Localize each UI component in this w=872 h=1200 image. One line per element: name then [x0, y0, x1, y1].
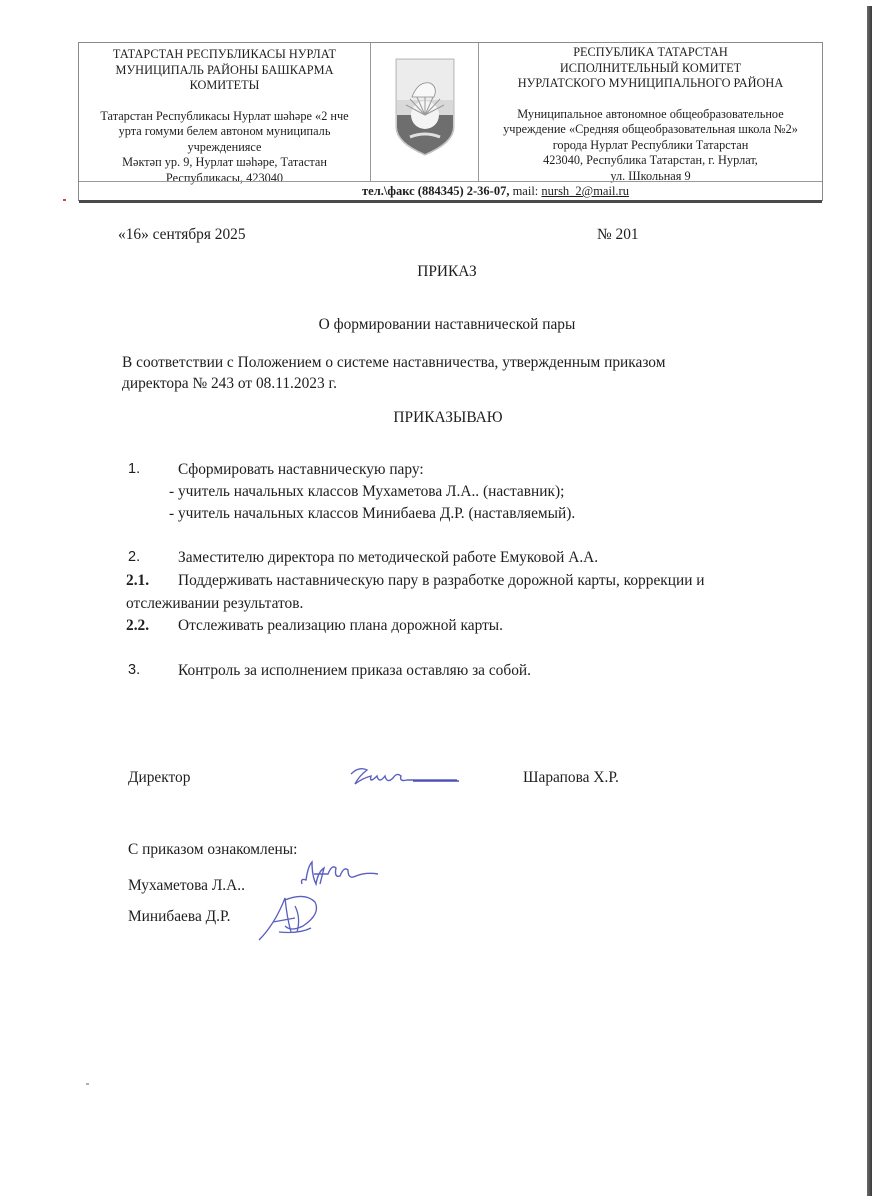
tatar-school-line: Татарстан Республикасы Нурлат шәһәре «2 …	[79, 109, 370, 125]
tatar-org-line: МУНИЦИПАЛЬ РАЙОНЫ БАШКАРМА	[79, 63, 370, 79]
item-text: Поддерживать наставническую пару в разра…	[178, 571, 705, 590]
scan-speck	[86, 1083, 89, 1085]
tatar-school-line: Мәктәп ур. 9, Нурлат шәһәре, Татастан	[79, 155, 370, 171]
pair-member-mentor: - учитель начальных классов Мухаметова Л…	[169, 482, 564, 501]
russian-school-line: города Нурлат Республики Татарстан	[479, 138, 822, 154]
signatory-position: Директор	[128, 768, 190, 787]
letterhead-emblem-column	[371, 43, 479, 181]
coat-of-arms-icon	[394, 57, 456, 157]
letterhead-tatar-column: ТАТАРСТАН РЕСПУБЛИКАСЫ НУРЛАТ МУНИЦИПАЛЬ…	[79, 43, 371, 181]
scan-edge-shadow	[867, 6, 872, 1196]
item-text: Отслеживать реализацию плана дорожной ка…	[178, 616, 503, 635]
order-word: ПРИКАЗЫВАЮ	[0, 408, 872, 427]
document-date: «16» сентября 2025	[118, 225, 246, 244]
item-text: Контроль за исполнением приказа оставляю…	[178, 661, 531, 680]
document-type: ПРИКАЗ	[0, 262, 872, 281]
tatar-school-line: учреждениясе	[79, 140, 370, 156]
letterhead-russian-column: РЕСПУБЛИКА ТАТАРСТАН ИСПОЛНИТЕЛЬНЫЙ КОМИ…	[479, 43, 822, 181]
russian-school-line: учреждение «Средняя общеобразовательная …	[479, 122, 822, 138]
document-number: № 201	[597, 225, 639, 244]
signatory-name: Шарапова Х.Р.	[523, 768, 619, 787]
email-link[interactable]: nursh_2@mail.ru	[541, 184, 629, 198]
item-number: 2.1.	[126, 571, 149, 590]
pair-member-mentee: - учитель начальных классов Минибаева Д.…	[169, 504, 575, 523]
item-number: 1.	[128, 460, 140, 479]
mail-prefix: mail:	[513, 184, 539, 198]
item-number: 2.2.	[126, 616, 149, 635]
mentee-signature-icon	[255, 888, 330, 944]
acknowledged-label: С приказом ознакомлены:	[128, 840, 297, 859]
item-text: Заместителю директора по методической ра…	[178, 548, 598, 567]
phone-fax: тел.\факс (884345) 2-36-07,	[362, 184, 509, 198]
letterhead-divider	[79, 200, 822, 203]
letterhead: ТАТАРСТАН РЕСПУБЛИКАСЫ НУРЛАТ МУНИЦИПАЛЬ…	[78, 42, 823, 201]
russian-org-line: РЕСПУБЛИКА ТАТАРСТАН	[479, 45, 822, 61]
item-number: 2.	[128, 548, 140, 567]
preamble-line: В соответствии с Положением о системе на…	[122, 353, 665, 372]
contact-row: тел.\факс (884345) 2-36-07, mail: nursh_…	[79, 181, 822, 201]
document-subject: О формировании наставнической пары	[0, 315, 872, 334]
russian-org-line: НУРЛАТСКОГО МУНИЦИПАЛЬНОГО РАЙОНА	[479, 76, 822, 92]
russian-school-line: Муниципальное автономное общеобразовател…	[479, 107, 822, 123]
item-text-continued: отслеживании результатов.	[126, 594, 303, 613]
russian-school-line: 423040, Республика Татарстан, г. Нурлат,	[479, 153, 822, 169]
tatar-org-line: ТАТАРСТАН РЕСПУБЛИКАСЫ НУРЛАТ	[79, 47, 370, 63]
director-signature-icon	[345, 762, 465, 792]
scan-speck	[63, 199, 66, 201]
russian-org-line: ИСПОЛНИТЕЛЬНЫЙ КОМИТЕТ	[479, 61, 822, 77]
item-number: 3.	[128, 661, 140, 680]
item-text: Сформировать наставническую пару:	[178, 460, 424, 479]
acknowledged-person: Мухаметова Л.А..	[128, 876, 245, 895]
acknowledged-person: Минибаева Д.Р.	[128, 907, 230, 926]
preamble-line: директора № 243 от 08.11.2023 г.	[122, 374, 337, 393]
tatar-school-line: урта гомуми белем автоном муниципаль	[79, 124, 370, 140]
tatar-org-line: КОМИТЕТЫ	[79, 78, 370, 94]
